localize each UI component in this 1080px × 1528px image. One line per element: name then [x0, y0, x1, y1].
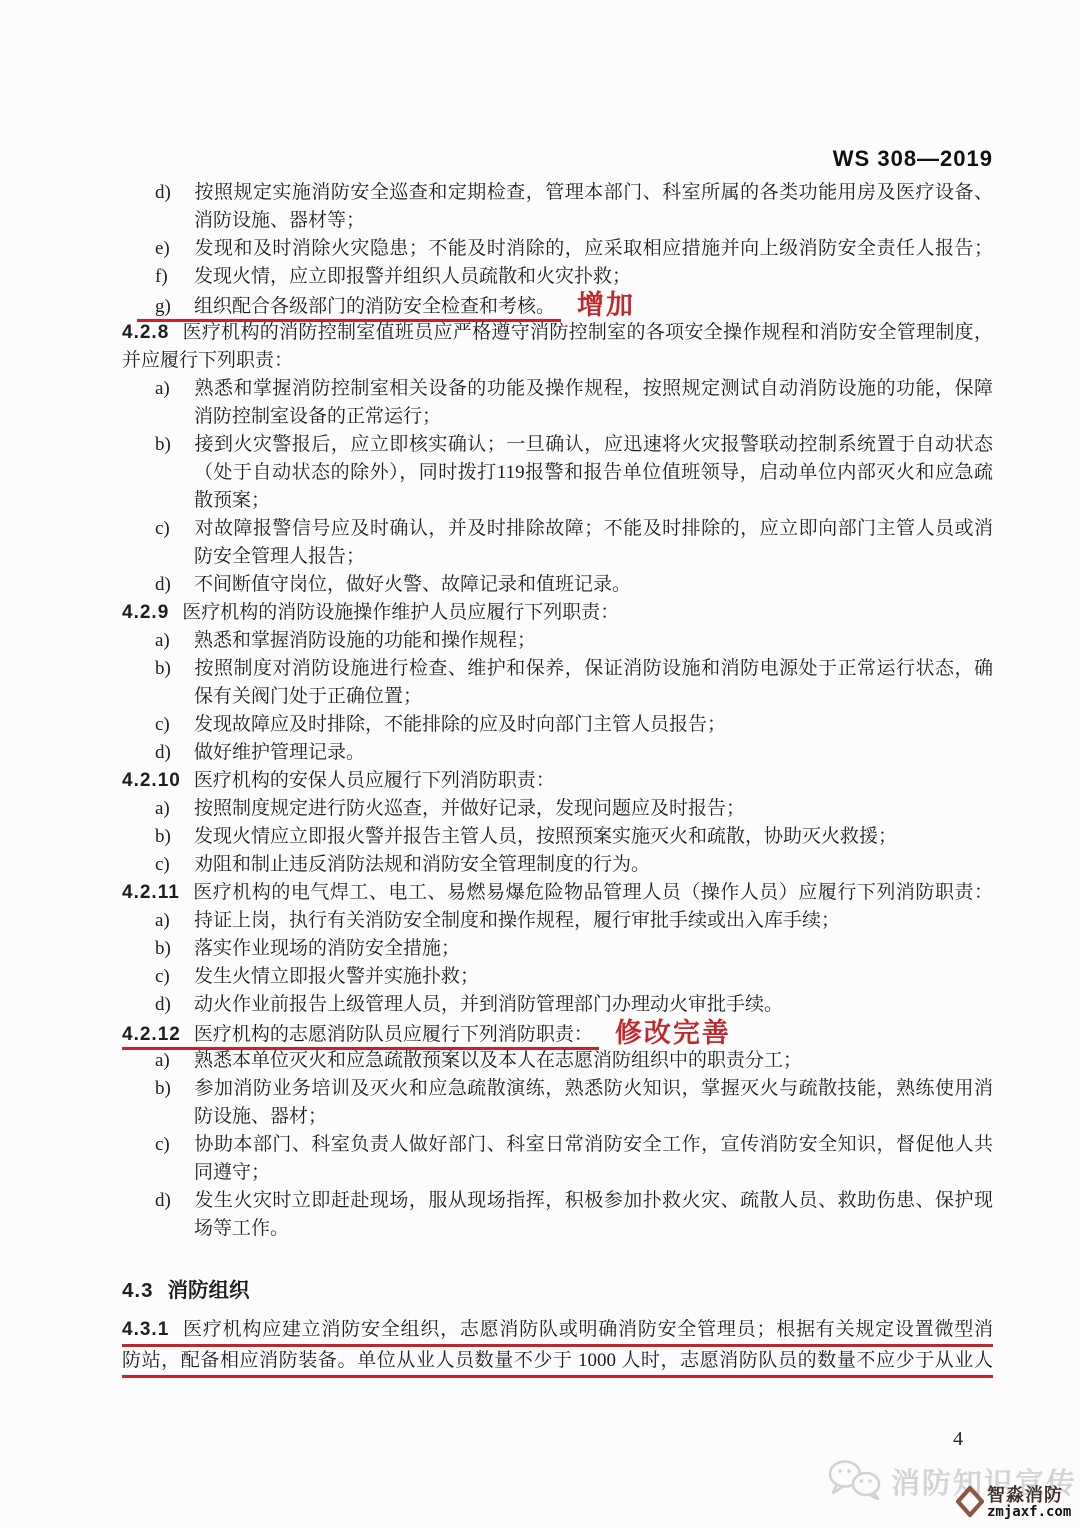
text-line: c)对故障报警信号应及时确认，并及时排除故障；不能及时排除的，应立即向部门主管人… — [122, 515, 993, 543]
line-text: 参加消防业务培训及灭火和应急疏散演练，熟悉防火知识，掌握灭火与疏散技能，熟练使用… — [194, 1078, 993, 1099]
list-marker: b) — [155, 935, 194, 963]
clause-number: 4.2.10 — [122, 770, 181, 791]
line-text: 并应履行下列职责： — [122, 350, 293, 371]
line-text: 对故障报警信号应及时确认，并及时排除故障；不能及时排除的，应立即向部门主管人员或… — [194, 518, 993, 539]
text-line: d)按照规定实施消防安全巡查和定期检查，管理本部门、科室所属的各类功能用房及医疗… — [122, 179, 993, 207]
line-text: 消防设施、器材等； — [194, 210, 365, 231]
text-line: 4.2.10医疗机构的安保人员应履行下列消防职责： — [122, 767, 993, 795]
list-marker: a) — [155, 627, 194, 655]
text-line: b)接到火灾警报后，应立即核实确认；一旦确认，应迅速将火灾报警联动控制系统置于自… — [122, 431, 993, 459]
line-text: 发生火情立即报火警并实施扑救； — [194, 966, 479, 987]
brand-logo: 智淼消防 zmjaxf.com — [956, 1486, 1071, 1522]
line-text: 医疗机构的电气焊工、电工、易燃易爆危险物品管理人员（操作人员）应履行下列消防职责… — [193, 882, 993, 903]
line-text: 按照制度对消防设施进行检查、维护和保养，保证消防设施和消防电源处于正常运行状态，… — [194, 658, 993, 679]
line-text: 按照规定实施消防安全巡查和定期检查，管理本部门、科室所属的各类功能用房及医疗设备… — [194, 182, 993, 203]
list-marker: d) — [155, 179, 194, 207]
list-marker: f) — [155, 263, 194, 291]
list-marker: b) — [155, 431, 194, 459]
line-text: 发现火情，应立即报警并组织人员疏散和火灾扑救； — [194, 266, 631, 287]
text-line: c)发生火情立即报火警并实施扑救； — [122, 963, 993, 991]
line-text: 动火作业前报告上级管理人员，并到消防管理部门办理动火审批手续。 — [194, 994, 783, 1015]
line-text: 保有关阀门处于正确位置； — [194, 686, 422, 707]
text-line: a)熟悉和掌握消防控制室相关设备的功能及操作规程，按照规定测试自动消防设施的功能… — [122, 375, 993, 403]
line-text: 持证上岗，执行有关消防安全制度和操作规程，履行审批手续或出入库手续； — [194, 910, 840, 931]
brand-url: zmjaxf.com — [987, 1505, 1071, 1519]
line-text: 熟悉本单位灭火和应急疏散预案以及本人在志愿消防组织中的职责分工； — [194, 1050, 802, 1071]
line-text: 落实作业现场的消防安全措施； — [194, 938, 460, 959]
list-marker: c) — [155, 711, 194, 739]
list-marker: b) — [155, 1075, 194, 1103]
text-line: b)按照制度对消防设施进行检查、维护和保养，保证消防设施和消防电源处于正常运行状… — [122, 655, 993, 683]
list-marker: d) — [155, 739, 194, 767]
clause-number: 4.2.8 — [122, 322, 169, 343]
text-line: c)发现故障应及时排除，不能排除的应及时向部门主管人员报告； — [122, 711, 993, 739]
list-marker: d) — [155, 991, 194, 1019]
page-number: 4 — [908, 1428, 1008, 1451]
list-marker: c) — [155, 963, 194, 991]
line-text: 协助本部门、科室负责人做好部门、科室日常消防安全工作，宣传消防安全知识，督促他人… — [194, 1134, 993, 1155]
list-marker: c) — [155, 515, 194, 543]
text-line: c)协助本部门、科室负责人做好部门、科室日常消防安全工作，宣传消防安全知识，督促… — [122, 1131, 993, 1159]
list-marker: e) — [155, 235, 194, 263]
text-line: 防设施、器材； — [122, 1103, 993, 1131]
list-marker: d) — [155, 1187, 194, 1215]
document-body: d)按照规定实施消防安全巡查和定期检查，管理本部门、科室所属的各类功能用房及医疗… — [122, 179, 993, 1378]
line-text: 医疗机构的消防设施操作维护人员应履行下列职责： — [182, 602, 619, 623]
line-text: 发现故障应及时排除，不能排除的应及时向部门主管人员报告； — [194, 714, 726, 735]
line-text: 消防组织 — [168, 1279, 250, 1302]
brand-name: 智淼消防 — [987, 1486, 1071, 1504]
text-line: 场等工作。 — [122, 1215, 993, 1243]
list-marker: b) — [155, 655, 194, 683]
text-line: d)发生火灾时立即赶赴现场，服从现场指挥，积极参加扑救火灾、疏散人员、救助伤患、… — [122, 1187, 993, 1215]
clause-number: 4.3.1 — [122, 1319, 169, 1340]
line-text: 发现火情应立即报火警并报告主管人员，按照预案实施灭火和疏散，协助灭火救援； — [194, 826, 897, 847]
text-line: d)不间断值守岗位，做好火警、故障记录和值班记录。 — [122, 571, 993, 599]
text-line: a)按照制度规定进行防火巡查，并做好记录，发现问题应及时报告； — [122, 795, 993, 823]
line-text: 防设施、器材； — [194, 1106, 327, 1127]
line-text: 接到火灾警报后，应立即核实确认；一旦确认，应迅速将火灾报警联动控制系统置于自动状… — [194, 434, 993, 455]
text-line: b)落实作业现场的消防安全措施； — [122, 935, 993, 963]
clause-number: 4.2.12 — [122, 1024, 181, 1045]
text-line: d)做好维护管理记录。 — [122, 739, 993, 767]
line-text: 劝阻和制止违反消防法规和消防安全管理制度的行为。 — [194, 854, 650, 875]
text-line: 消防设施、器材等； — [122, 207, 993, 235]
text-line: 4.2.8医疗机构的消防控制室值班员应严格遵守消防控制室的各项安全操作规程和消防… — [122, 319, 993, 347]
standard-code: WS 308—2019 — [0, 146, 993, 172]
line-text: 场等工作。 — [194, 1218, 289, 1239]
text-line: 并应履行下列职责： — [122, 347, 993, 375]
line-text: 做好维护管理记录。 — [194, 742, 365, 763]
line-text: 不间断值守岗位，做好火警、故障记录和值班记录。 — [194, 574, 631, 595]
line-text: 按照制度规定进行防火巡查，并做好记录，发现问题应及时报告； — [194, 798, 745, 819]
line-text: 散预案； — [194, 490, 270, 511]
text-line: b)发现火情应立即报火警并报告主管人员，按照预案实施灭火和疏散，协助灭火救援； — [122, 823, 993, 851]
text-line: 消防控制室设备的正常运行； — [122, 403, 993, 431]
text-line: 防站，配备相应消防装备。单位从业人员数量不少于 1000 人时，志愿消防队员的数… — [122, 1347, 993, 1378]
line-text: 熟悉和掌握消防设施的功能和操作规程； — [194, 630, 536, 651]
line-text: 医疗机构的安保人员应履行下列消防职责： — [194, 770, 555, 791]
list-marker: d) — [155, 571, 194, 599]
clause-number: 4.3 — [122, 1279, 154, 1302]
list-marker: c) — [155, 851, 194, 879]
list-marker: a) — [155, 375, 194, 403]
brand-text: 智淼消防 zmjaxf.com — [987, 1486, 1071, 1519]
handwritten-annotation: 增加 — [577, 290, 635, 320]
line-text: （处于自动状态的除外），同时拨打119报警和报告单位值班领导，启动单位内部灭火和… — [194, 462, 993, 483]
text-line: a)熟悉和掌握消防设施的功能和操作规程； — [122, 627, 993, 655]
text-line: 散预案； — [122, 487, 993, 515]
list-marker: c) — [155, 1131, 194, 1159]
text-line: e)发现和及时消除火灾隐患；不能及时消除的，应采取相应措施并向上级消防安全责任人… — [122, 235, 993, 263]
line-text: 防安全管理人报告； — [194, 546, 365, 567]
text-line: 防安全管理人报告； — [122, 543, 993, 571]
text-line: 4.3.1医疗机构应建立消防安全组织，志愿消防队或明确消防安全管理员；根据有关规… — [122, 1316, 993, 1347]
clause-number: 4.2.11 — [122, 882, 180, 903]
line-text: 熟悉和掌握消防控制室相关设备的功能及操作规程，按照规定测试自动消防设施的功能，保… — [194, 378, 993, 399]
document-page: WS 308—2019 d)按照规定实施消防安全巡查和定期检查，管理本部门、科室… — [0, 0, 1080, 1528]
text-line: 同遵守； — [122, 1159, 993, 1187]
line-text: 组织配合各级部门的消防安全检查和考核。 — [194, 296, 555, 317]
line-text: 医疗机构的消防控制室值班员应严格遵守消防控制室的各项安全操作规程和消防安全管理制… — [182, 322, 993, 343]
text-line: g)组织配合各级部门的消防安全检查和考核。增加 — [122, 291, 993, 319]
text-line: 4.2.9医疗机构的消防设施操作维护人员应履行下列职责： — [122, 599, 993, 627]
text-line: 保有关阀门处于正确位置； — [122, 683, 993, 711]
section-heading: 4.3消防组织 — [122, 1276, 993, 1306]
zhimiao-diamond-icon — [956, 1486, 984, 1522]
line-text: 发现和及时消除火灾隐患；不能及时消除的，应采取相应措施并向上级消防安全责任人报告… — [194, 238, 993, 259]
list-marker: b) — [155, 823, 194, 851]
text-line: （处于自动状态的除外），同时拨打119报警和报告单位值班领导，启动单位内部灭火和… — [122, 459, 993, 487]
clause-number: 4.2.9 — [122, 602, 169, 623]
line-text: 医疗机构应建立消防安全组织，志愿消防队或明确消防安全管理员；根据有关规定设置微型… — [182, 1319, 993, 1340]
wechat-icon — [828, 1458, 886, 1505]
text-line: 4.2.12医疗机构的志愿消防队员应履行下列消防职责：修改完善 — [122, 1019, 993, 1047]
text-line: f)发现火情，应立即报警并组织人员疏散和火灾扑救； — [122, 263, 993, 291]
line-text: 发生火灾时立即赶赴现场，服从现场指挥，积极参加扑救火灾、疏散人员、救助伤患、保护… — [194, 1190, 993, 1211]
line-text: 医疗机构的志愿消防队员应履行下列消防职责： — [194, 1024, 593, 1045]
line-text: 同遵守； — [194, 1162, 270, 1183]
handwritten-annotation: 修改完善 — [615, 1018, 731, 1048]
list-marker: a) — [155, 1047, 194, 1075]
list-marker: a) — [155, 907, 194, 935]
text-line: a)熟悉本单位灭火和应急疏散预案以及本人在志愿消防组织中的职责分工； — [122, 1047, 993, 1075]
list-marker: a) — [155, 795, 194, 823]
text-line: 4.2.11医疗机构的电气焊工、电工、易燃易爆危险物品管理人员（操作人员）应履行… — [122, 879, 993, 907]
text-line: b)参加消防业务培训及灭火和应急疏散演练，熟悉防火知识，掌握灭火与疏散技能，熟练… — [122, 1075, 993, 1103]
line-text: 消防控制室设备的正常运行； — [194, 406, 441, 427]
text-line: d)动火作业前报告上级管理人员，并到消防管理部门办理动火审批手续。 — [122, 991, 993, 1019]
text-line: c)劝阻和制止违反消防法规和消防安全管理制度的行为。 — [122, 851, 993, 879]
list-marker: g) — [155, 293, 194, 321]
text-line: a)持证上岗，执行有关消防安全制度和操作规程，履行审批手续或出入库手续； — [122, 907, 993, 935]
line-text: 防站，配备相应消防装备。单位从业人员数量不少于 1000 人时，志愿消防队员的数… — [122, 1350, 993, 1371]
